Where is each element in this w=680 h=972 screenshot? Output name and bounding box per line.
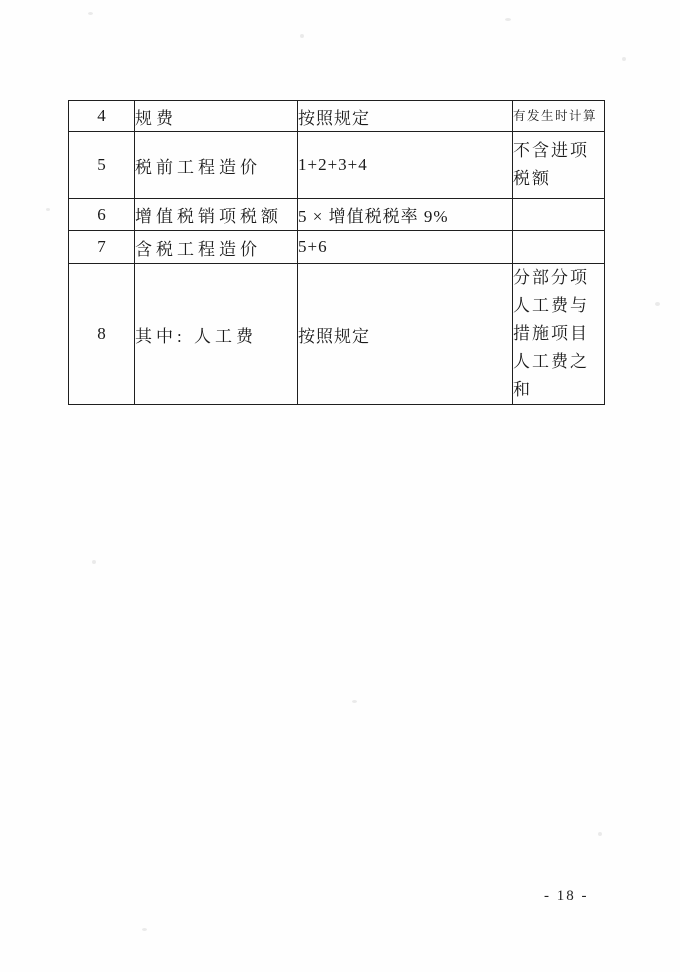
table-row: 6 增值税销项税额 5 × 增值税税率 9% bbox=[69, 199, 605, 231]
table-row: 4 规费 按照规定 有发生时计算 bbox=[69, 101, 605, 132]
table-row: 8 其中: 人工费 按照规定 分部分项人工费与措施项目人工费之和 bbox=[69, 264, 605, 405]
cell-remark: 分部分项人工费与措施项目人工费之和 bbox=[513, 264, 605, 405]
cell-remark: 有发生时计算 bbox=[513, 101, 605, 132]
scan-noise bbox=[142, 928, 147, 931]
cell-seq: 8 bbox=[69, 264, 135, 405]
table-row: 7 含税工程造价 5+6 bbox=[69, 231, 605, 264]
cell-basis: 5 × 增值税税率 9% bbox=[298, 199, 513, 231]
scan-noise bbox=[300, 34, 304, 38]
cell-seq: 6 bbox=[69, 199, 135, 231]
cell-basis: 1+2+3+4 bbox=[298, 132, 513, 199]
page-number: - 18 - bbox=[544, 888, 589, 905]
table-row: 5 税前工程造价 1+2+3+4 不含进项税额 bbox=[69, 132, 605, 199]
scan-noise bbox=[655, 302, 660, 306]
cell-basis: 5+6 bbox=[298, 231, 513, 264]
cell-remark bbox=[513, 199, 605, 231]
cell-item: 增值税销项税额 bbox=[135, 199, 298, 231]
cell-seq: 7 bbox=[69, 231, 135, 264]
cell-item: 含税工程造价 bbox=[135, 231, 298, 264]
cell-remark: 不含进项税额 bbox=[513, 132, 605, 199]
cell-seq: 4 bbox=[69, 101, 135, 132]
cell-basis: 按照规定 bbox=[298, 264, 513, 405]
document-page: 4 规费 按照规定 有发生时计算 5 税前工程造价 1+2+3+4 不含进项税额… bbox=[0, 0, 680, 972]
cell-item: 规费 bbox=[135, 101, 298, 132]
scan-noise bbox=[352, 700, 357, 703]
scan-noise bbox=[46, 208, 50, 211]
scan-noise bbox=[622, 57, 626, 61]
scan-noise bbox=[92, 560, 96, 564]
scan-noise bbox=[505, 18, 511, 21]
scan-noise bbox=[598, 832, 602, 836]
scan-noise bbox=[88, 12, 93, 15]
cost-calculation-table: 4 规费 按照规定 有发生时计算 5 税前工程造价 1+2+3+4 不含进项税额… bbox=[68, 100, 605, 405]
cell-remark bbox=[513, 231, 605, 264]
cell-basis: 按照规定 bbox=[298, 101, 513, 132]
cell-item: 其中: 人工费 bbox=[135, 264, 298, 405]
cell-item: 税前工程造价 bbox=[135, 132, 298, 199]
cell-seq: 5 bbox=[69, 132, 135, 199]
